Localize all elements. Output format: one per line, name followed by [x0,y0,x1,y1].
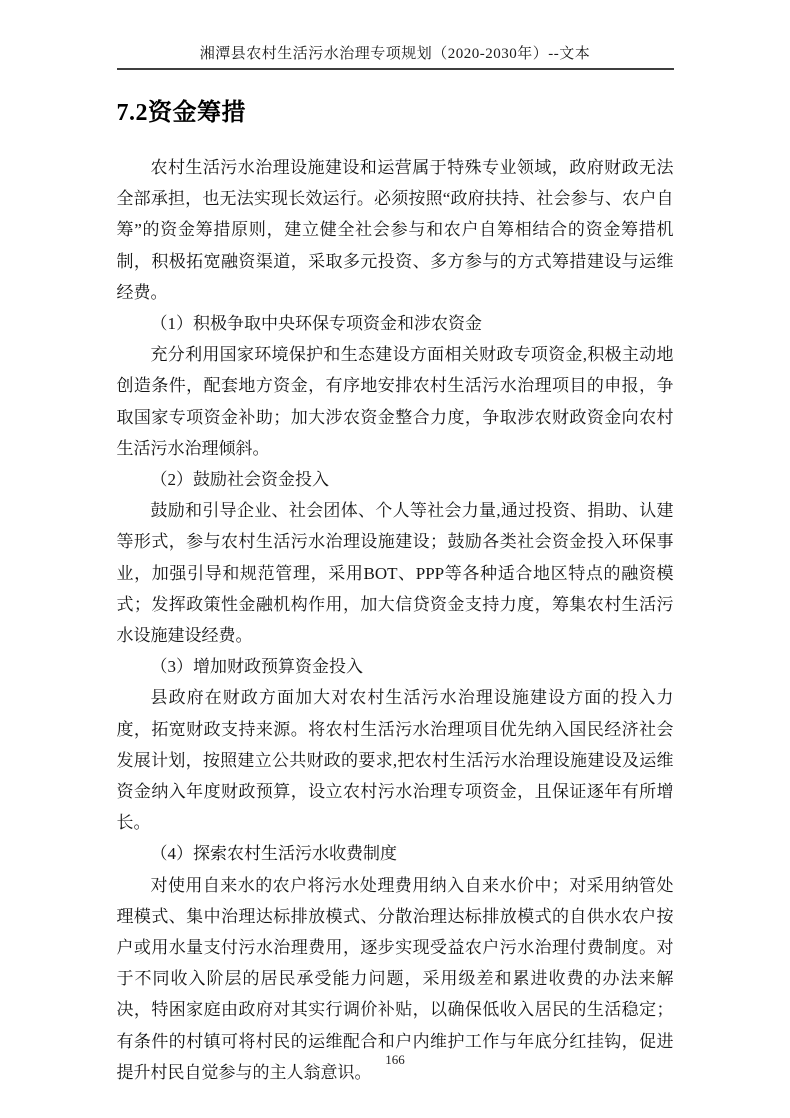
list-subheading: （2）鼓励社会资金投入 [117,464,674,495]
body-paragraph: 鼓励和引导企业、社会团体、个人等社会力量,通过投资、捐助、认建等形式，参与农村生… [117,495,674,651]
list-subheading: （3）增加财政预算资金投入 [117,651,674,682]
page-number: 166 [0,1052,790,1068]
content-column: 湘潭县农村生活污水治理专项规划（2020-2030年）--文本 7.2资金筹措 … [117,0,674,1088]
document-body: 农村生活污水治理设施建设和运营属于特殊专业领域，政府财政无法全部承担，也无法实现… [117,152,674,1088]
body-paragraph: 农村生活污水治理设施建设和运营属于特殊专业领域，政府财政无法全部承担，也无法实现… [117,152,674,308]
list-subheading: （1）积极争取中央环保专项资金和涉农资金 [117,308,674,339]
body-paragraph: 县政府在财政方面加大对农村生活污水治理设施建设方面的投入力度，拓宽财政支持来源。… [117,682,674,838]
section-heading: 7.2资金筹措 [117,98,674,128]
list-subheading: （4）探索农村生活污水收费制度 [117,838,674,869]
document-page: 湘潭县农村生活污水治理专项规划（2020-2030年）--文本 7.2资金筹措 … [0,0,790,1118]
page-header: 湘潭县农村生活污水治理专项规划（2020-2030年）--文本 [117,0,674,70]
running-header-title: 湘潭县农村生活污水治理专项规划（2020-2030年）--文本 [117,42,674,63]
body-paragraph: 充分利用国家环境保护和生态建设方面相关财政专项资金,积极主动地创造条件，配套地方… [117,339,674,464]
